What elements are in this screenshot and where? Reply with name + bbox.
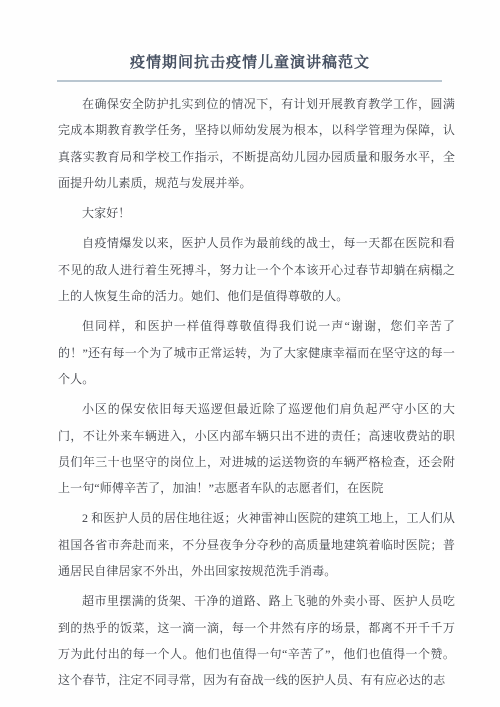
paragraph-thanks: 但同样，和医护一样值得尊敬值得我们说一声“谢谢，您们辛苦了的！”还有每一个为了城… [58,313,455,392]
title-divider [57,80,442,82]
document-title: 疫情期间抗击疫情儿童演讲稿范文 [0,51,500,72]
paragraph-hospital-builders: 2 和医护人员的居住地往返；火神雷神山医院的建筑工地上，工人们从祖国各省市奔赴而… [58,505,455,584]
paragraph-greeting: 大家好！ [58,200,455,226]
paragraph-community-guards: 小区的保安依旧每天巡逻但最近除了巡逻他们肩负起严守小区的大门，不让外来车辆进入，… [58,396,455,501]
paragraph-intro: 在确保安全防护扎实到位的情况下，有计划开展教育教学工作，圆满完成本期教育教学任务… [58,91,455,196]
document-page: 疫情期间抗击疫情儿童演讲稿范文 在确保安全防护扎实到位的情况下，有计划开展教育教… [0,0,500,707]
document-body: 在确保安全防护扎实到位的情况下，有计划开展教育教学工作，圆满完成本期教育教学任务… [58,91,455,698]
paragraph-everyday-heroes: 超市里摆满的货架、干净的道路、路上飞驰的外卖小哥、医护人员吃到的热乎的饭菜，这一… [58,588,455,693]
paragraph-medical-staff: 自疫情爆发以来，医护人员作为最前线的战士，每一天都在医院和看不见的敌人进行着生死… [58,230,455,309]
